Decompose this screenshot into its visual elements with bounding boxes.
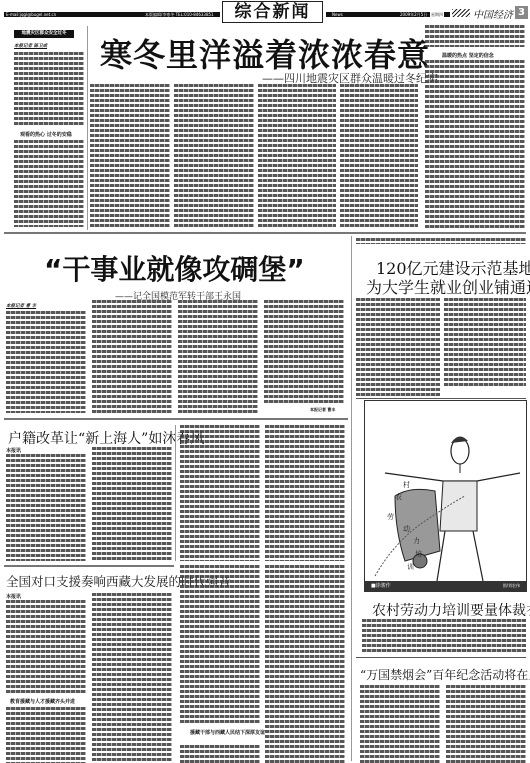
svg-text:劳: 劳: [387, 512, 394, 521]
sidebar-body-text-1: [14, 52, 84, 127]
section-divider-2: [4, 418, 348, 420]
masthead-email: E-mail:jqgl@bugel.net.cn: [6, 11, 56, 18]
lead-body-col-4: [340, 84, 418, 229]
cartoon-credit: 图/刘宏伟: [503, 581, 520, 591]
lead-right-subhead: 温暖的热点 坚定的信念: [442, 52, 494, 59]
tibet-body-col-1b: [6, 707, 86, 763]
lead-body-col-1: [90, 84, 170, 229]
tibet-body-col-1: [6, 600, 86, 695]
svg-text:训: 训: [407, 562, 414, 571]
tibet-body-col-2: [92, 593, 172, 763]
students-headline-2: 为大学生就业创业铺通道: [366, 275, 530, 298]
masthead-date: 2009年2月5日: [400, 11, 427, 18]
svg-text:农: 农: [395, 492, 402, 501]
tibet-dateline: 本报讯: [6, 593, 21, 600]
cartoon-illustration-icon: 农 村 劳 动 力 培 训: [365, 401, 527, 583]
topic-tag: 地震灾区群众安全过冬: [14, 30, 74, 38]
svg-text:培: 培: [415, 549, 422, 558]
feature-body-col-1: [6, 311, 86, 413]
feature-body-col-3: [178, 300, 258, 413]
section-title: 综合新闻: [222, 1, 323, 23]
tibet-body-col-3: [180, 565, 260, 725]
feature-body-col-2: [92, 300, 172, 413]
section-divider-5: [356, 657, 526, 658]
feature-footer: 本报记者 曹丰: [310, 407, 335, 413]
editorial-cartoon: 农 村 劳 动 力 培 训 ■徐骏作 图/刘宏伟: [364, 400, 527, 592]
tibet-subhead-2: 援藏干部与西藏人民结下深厚友谊: [190, 729, 265, 736]
students-body-col-1: [356, 298, 440, 396]
svg-text:动: 动: [403, 524, 410, 533]
brand-logo: 中国经济: [473, 6, 513, 21]
rural-body: [362, 619, 526, 653]
opium-body-col-2: [446, 685, 526, 763]
opium-body-col-1: [360, 685, 440, 763]
masthead-editors: 本版编辑/李寒冬 TEL:010-84633851: [145, 11, 214, 18]
lead-body-col-5a: [425, 25, 525, 47]
lead-body-col-2: [174, 84, 254, 229]
section-divider-1: [4, 232, 526, 234]
svg-text:力: 力: [413, 536, 420, 545]
hukou-dateline: 本报讯: [6, 447, 21, 454]
sidebar-subhead: 观看的热心 过冬的安稳: [20, 131, 72, 138]
students-body-col-2: [444, 298, 526, 388]
masthead-section-en: News: [332, 11, 343, 18]
column-rule: [351, 236, 352, 761]
lead-body-col-3: [258, 84, 336, 229]
section-divider-4: [4, 565, 174, 567]
hukou-body-col-2: [92, 447, 172, 561]
students-top-text: [356, 238, 526, 244]
page-number: 3: [515, 6, 528, 19]
lead-body-col-5b: [425, 60, 525, 230]
feature-headline: “干事业就像攻碉堡”: [44, 248, 305, 288]
section-divider-3: [356, 398, 526, 399]
feature-body-col-4: [264, 300, 344, 405]
tibet-subhead-1: 教育援藏与人才援藏齐头并进: [10, 698, 75, 705]
hukou-body-col-3: [180, 425, 260, 561]
tibet-body-col-4: [265, 565, 345, 763]
sidebar-byline: 本报记者 陈卫成: [14, 43, 47, 49]
hukou-body-col-4: [265, 425, 345, 561]
rural-headline: 农村劳动力培训要量体裁衣: [372, 600, 530, 620]
tibet-body-col-3b: [180, 745, 260, 763]
sidebar-body-text-2: [14, 140, 84, 227]
column-rule: [175, 425, 176, 561]
masthead-weekday: 星期四: [430, 11, 444, 18]
column-rule: [87, 26, 88, 230]
feature-byline: 本报记者 曹 丰: [6, 303, 36, 309]
hatch-decoration: [452, 9, 470, 17]
hukou-body-col-1: [6, 454, 86, 561]
opium-headline: “万国禁烟会”百年纪念活动将在上海举行: [360, 666, 530, 683]
svg-text:村: 村: [403, 480, 410, 489]
